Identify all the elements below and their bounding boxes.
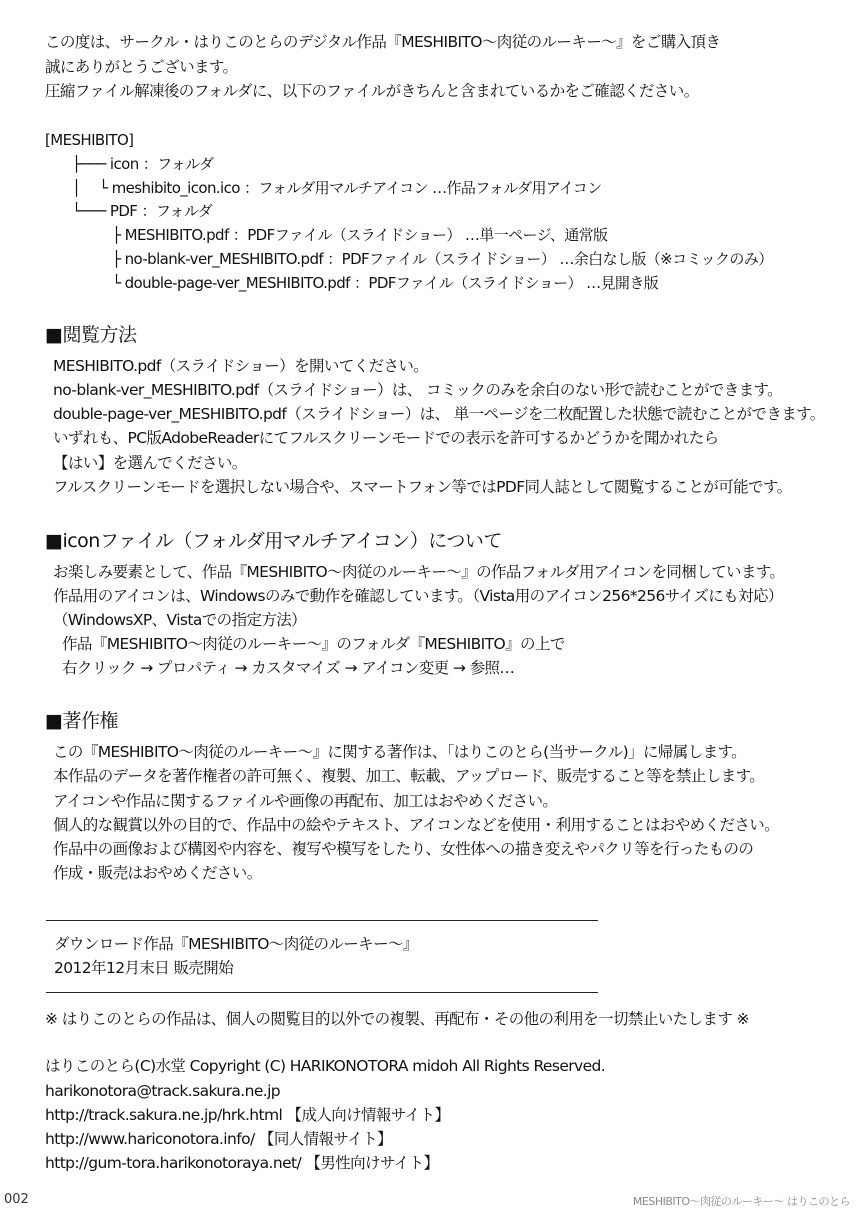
intro-line-2: 誠にありがとうございます。 bbox=[45, 56, 237, 78]
running-title: MESHIBITO～肉従のルーキー～ はりこのとら bbox=[633, 1193, 850, 1209]
section-heading-copyright: ■著作権 bbox=[45, 710, 118, 732]
link-url[interactable]: http://gum-tora.harikonotoraya.net/ bbox=[45, 1154, 301, 1172]
section-line: いずれも、PC版AdobeReaderにてフルスクリーンモードでの表示を許可する… bbox=[53, 427, 719, 449]
section-line: 【はい】を選んでください。 bbox=[53, 452, 247, 474]
section-line: 作品用のアイコンは、Windowsのみで動作を確認しています。（Vista用のア… bbox=[53, 585, 783, 607]
section-heading-icon: ■iconファイル（フォルダ用マルチアイコン）について bbox=[45, 530, 502, 552]
contact-email[interactable]: harikonotora@track.sakura.ne.jp bbox=[45, 1080, 280, 1102]
divider-bottom bbox=[46, 992, 598, 993]
link-label: 【成人向け情報サイト】 bbox=[287, 1106, 450, 1124]
section-line: 個人的な観賞以外の目的で、作品中の絵やテキスト、アイコンなどを使用・利用すること… bbox=[53, 814, 779, 836]
tree-item-icon-folder: ├─── icon ：フォルダ bbox=[72, 153, 213, 175]
tree-item-label: MESHIBITO.pdf ：PDFファイル（スライドショー） …単一ページ、通… bbox=[125, 226, 608, 244]
link-url[interactable]: http://track.sakura.ne.jp/hrk.html bbox=[45, 1106, 282, 1124]
tree-branch: ├ bbox=[112, 250, 125, 268]
tree-branch: ├ bbox=[112, 226, 125, 244]
link-url[interactable]: http://www.hariconotora.info/ bbox=[45, 1130, 255, 1148]
intro-line-1: この度は、サークル・はりこのとらのデジタル作品『MESHIBITO～肉従のルーキ… bbox=[45, 31, 720, 53]
tree-branch: ├─── bbox=[72, 155, 110, 173]
tree-item-pdf-double: └ double-page-ver_MESHIBITO.pdf ：PDFファイル… bbox=[112, 272, 658, 294]
link-label: 【同人情報サイト】 bbox=[259, 1130, 392, 1148]
link-label: 【男性向けサイト】 bbox=[305, 1154, 438, 1172]
section-line: no-blank-ver_MESHIBITO.pdf（スライドショー）は、 コミ… bbox=[53, 379, 782, 401]
release-date: 2012年12月末日 販売開始 bbox=[54, 957, 233, 979]
section-line: 作品中の画像および構図や内容を、複写や模写をしたり、女性体への描き変えやパクリ等… bbox=[53, 838, 753, 860]
section-line: 作品『MESHIBITO～肉従のルーキー～』のフォルダ『MESHIBITO』の上… bbox=[62, 633, 565, 655]
section-line: 右クリック → プロパティ → カスタマイズ → アイコン変更 → 参照… bbox=[62, 657, 514, 679]
section-line: この『MESHIBITO～肉従のルーキー～』に関する著作は、「はりこのとら(当サ… bbox=[53, 741, 746, 763]
tree-item-label: meshibito_icon.ico ：フォルダ用マルチアイコン …作品フォルダ… bbox=[112, 179, 602, 197]
contact-link-doujin: http://www.hariconotora.info/ 【同人情報サイト】 bbox=[45, 1128, 392, 1150]
document-page: この度は、サークル・はりこのとらのデジタル作品『MESHIBITO～肉従のルーキ… bbox=[0, 0, 860, 1214]
section-line: 本作品のデータを著作権者の許可無く、複製、加工、転載、アップロード、販売すること… bbox=[53, 765, 764, 787]
intro-line-3: 圧縮ファイル解凍後のフォルダに、以下のファイルがきちんと含まれているかをご確認く… bbox=[45, 80, 699, 102]
usage-notice: ※ はりこのとらの作品は、個人の閲覧目的以外での複製、再配布・その他の利用を一切… bbox=[45, 1008, 749, 1030]
tree-item-pdf-main: ├ MESHIBITO.pdf ：PDFファイル（スライドショー） …単一ページ… bbox=[112, 224, 607, 246]
tree-branch: └ bbox=[112, 274, 125, 292]
section-line: 作成・販売はおやめください。 bbox=[53, 862, 262, 884]
tree-branch: └─── bbox=[72, 202, 110, 220]
contact-link-male: http://gum-tora.harikonotoraya.net/ 【男性向… bbox=[45, 1152, 438, 1174]
page-number: 002 bbox=[4, 1192, 29, 1207]
tree-item-pdf-noblank: ├ no-blank-ver_MESHIBITO.pdf ：PDFファイル（スラ… bbox=[112, 248, 773, 270]
section-line: MESHIBITO.pdf（スライドショー）を開いてください。 bbox=[53, 355, 428, 377]
tree-root: [MESHIBITO] bbox=[45, 129, 133, 151]
section-line: フルスクリーンモードを選択しない場合や、スマートフォン等ではPDF同人誌として閲… bbox=[53, 476, 792, 498]
tree-item-icon-file: │ └ meshibito_icon.ico ：フォルダ用マルチアイコン …作品… bbox=[72, 177, 602, 199]
tree-item-label: icon ：フォルダ bbox=[110, 155, 214, 173]
tree-item-pdf-folder: └─── PDF ：フォルダ bbox=[72, 200, 212, 222]
section-line: （WindowsXP、Vistaでの指定方法） bbox=[53, 609, 306, 631]
section-heading-viewing: ■閲覧方法 bbox=[45, 324, 136, 346]
section-line: お楽しみ要素として、作品『MESHIBITO～肉従のルーキー～』の作品フォルダ用… bbox=[53, 561, 784, 583]
divider-top bbox=[46, 920, 598, 921]
tree-item-label: no-blank-ver_MESHIBITO.pdf ：PDFファイル（スライド… bbox=[125, 250, 773, 268]
section-line: double-page-ver_MESHIBITO.pdf（スライドショー）は、… bbox=[53, 403, 825, 425]
section-line: アイコンや作品に関するファイルや画像の再配布、加工はおやめください。 bbox=[53, 790, 557, 812]
tree-branch: │ └ bbox=[72, 179, 112, 197]
tree-item-label: PDF ：フォルダ bbox=[110, 202, 212, 220]
contact-link-adult: http://track.sakura.ne.jp/hrk.html 【成人向け… bbox=[45, 1104, 449, 1126]
copyright-line: はりこのとら(C)水堂 Copyright (C) HARIKONOTORA m… bbox=[45, 1055, 605, 1077]
release-title: ダウンロード作品『MESHIBITO～肉従のルーキー～』 bbox=[54, 933, 418, 955]
tree-item-label: double-page-ver_MESHIBITO.pdf ：PDFファイル（ス… bbox=[125, 274, 659, 292]
